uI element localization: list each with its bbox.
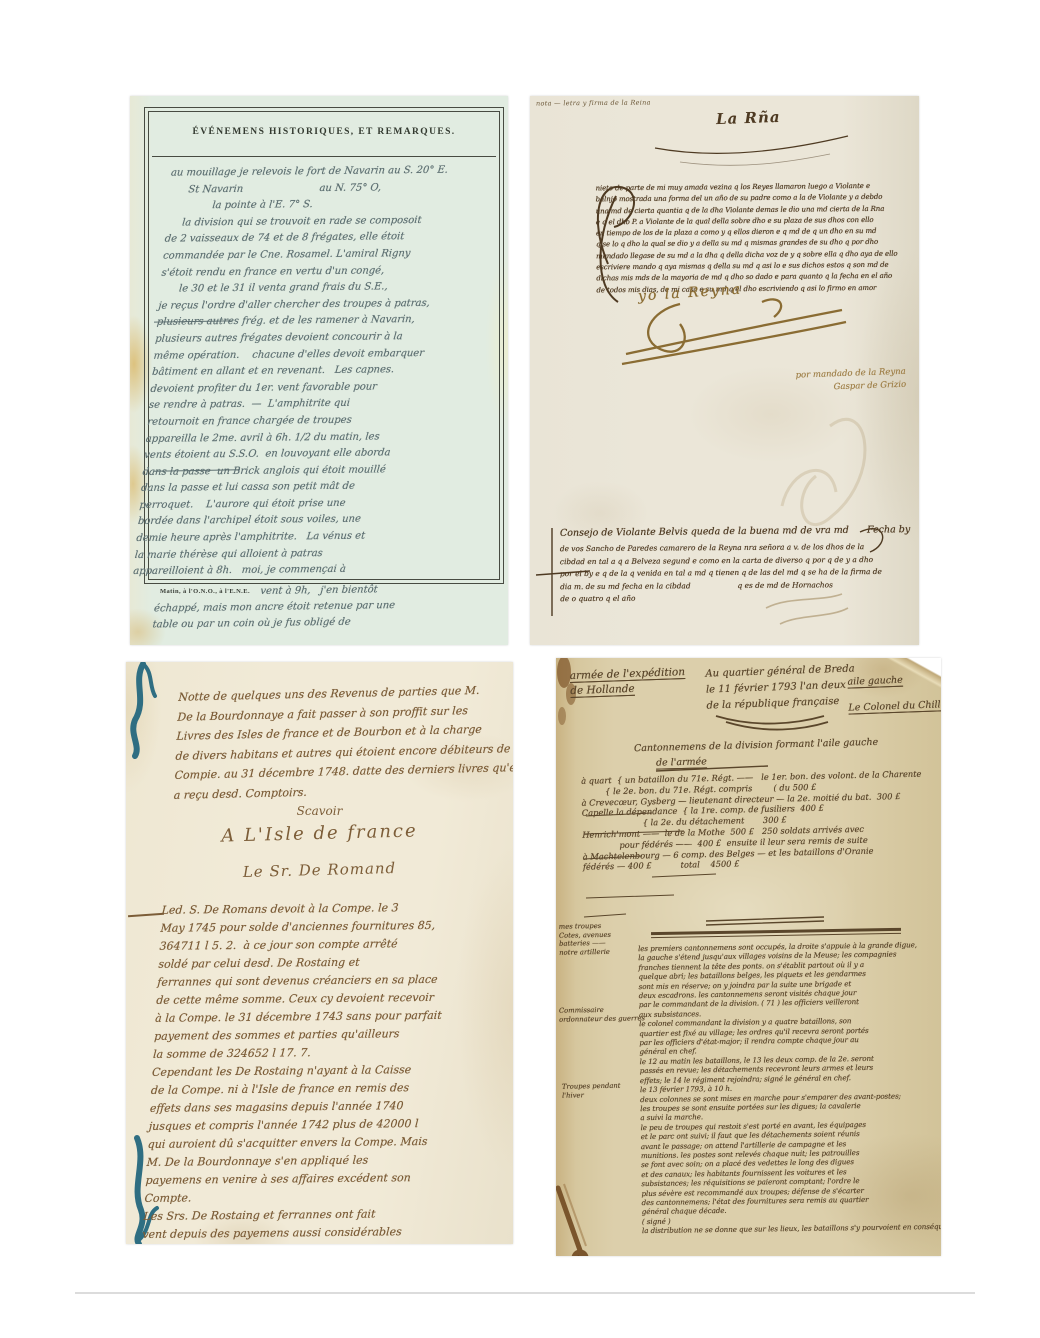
header-rule <box>152 156 496 157</box>
blue-cord-top <box>133 664 143 756</box>
total-double-underline <box>706 917 824 925</box>
margin-dash <box>128 913 164 918</box>
body-paragraph: Led. S. De Romans devoit à la Compe. le … <box>142 898 513 1244</box>
margin-note-line: ordonnateur des guerres <box>559 1014 639 1024</box>
cantonment-entries: à quart { un bataillon du 71e. Régt. —— … <box>581 768 939 873</box>
margin-note: mes troupesCotes, avenuesbatteries ——not… <box>559 921 640 957</box>
blue-cord-bottom <box>137 1138 143 1244</box>
heading-de-romand: Le Sr. De Romand <box>126 856 513 884</box>
handwriting-block: au mouillage je relevois le fort de Nava… <box>132 162 508 581</box>
heading-underline-swash <box>655 136 848 153</box>
title-left-block: armée de l'expéditionde Hollande <box>570 665 686 699</box>
address-block-first-line: Consejo de Violante Belvis queda de la b… <box>560 524 910 539</box>
blue-cord-top-tail <box>143 664 155 696</box>
printed-header: ÉVÉNEMENS HISTORIQUES, ET REMARQUES. <box>149 127 499 137</box>
margin-note: Troupes pendantl'hiver <box>562 1081 642 1100</box>
heading-isle-de-france: A L'Isle de france <box>126 818 513 849</box>
handwriting-line: de o quatro q el año <box>560 591 908 606</box>
handwriting-footer-block: vent à 9h, j'en bientôtéchappé, mais mon… <box>152 581 500 633</box>
secretary-note: por mandado de la ReynaGaspar de Grizio <box>776 366 907 397</box>
ink-bleed-flourish <box>782 419 865 524</box>
cantonnemens-heading-2: de l'armée <box>656 756 707 768</box>
handwriting-line: por el by e q de la q venida en tal a md… <box>560 566 908 581</box>
catalog-page: { "colors": { "page_bg": "#ffffff", "div… <box>0 0 1040 1338</box>
spine-stain <box>558 707 566 725</box>
manuscript-bourdonnaye-note: Notte de quelques uns des Revenus de par… <box>126 662 513 1244</box>
manuscript-journal-navarin: ÉVÉNEMENS HISTORIQUES, ET REMARQUES. au … <box>130 96 508 645</box>
handwriting-line: Le Colonel du Chilleau <box>848 692 941 721</box>
date-underline-swash <box>716 716 828 730</box>
handwriting-line: aile gauche <box>847 666 940 695</box>
date-block: Au quartier général de Bredale 11 févrie… <box>705 661 856 714</box>
archivist-annotation: nota — letra y firma de la Reina <box>536 98 651 107</box>
cord-remnant-shadow <box>564 1184 586 1246</box>
letter-body-block: nieto de parte de mi muy amada vezina q … <box>596 181 909 297</box>
heading-underline-swash-2 <box>680 154 830 165</box>
handwriting-line: de Hollande <box>570 680 686 699</box>
manuscript-armee-hollande: armée de l'expéditionde Hollande Au quar… <box>556 658 941 1256</box>
intro-paragraph: Notte de quelques uns des Revenus de par… <box>173 680 512 805</box>
margin-note-line: notre artillerie <box>559 947 639 957</box>
cord-remnant <box>558 1188 586 1256</box>
letter-heading: La Rña <box>716 108 781 128</box>
page-footer-divider <box>75 1292 975 1294</box>
address-block: de vos Sancho de Paredes camarero de la … <box>560 541 908 606</box>
right-header-block: aile gaucheLe Colonel du Chilleau <box>847 666 941 721</box>
manuscript-royal-letter: nota — letra y firma de la Reina La Rña … <box>530 96 919 645</box>
handwriting-line: vent depuis des payemens aussi considéra… <box>142 1222 495 1244</box>
margin-note-line: l'hiver <box>562 1090 642 1100</box>
royal-rubric-flourish <box>622 299 846 364</box>
body-text-block: les premiers cantonnemens sont occupés, … <box>638 940 941 1236</box>
margin-note: Commissaireordonnateur des guerres <box>559 1005 639 1024</box>
heading-scavoir: Scavoir <box>126 804 513 818</box>
cantonnemens-heading: Cantonnemens de la division formant l'ai… <box>634 737 878 754</box>
